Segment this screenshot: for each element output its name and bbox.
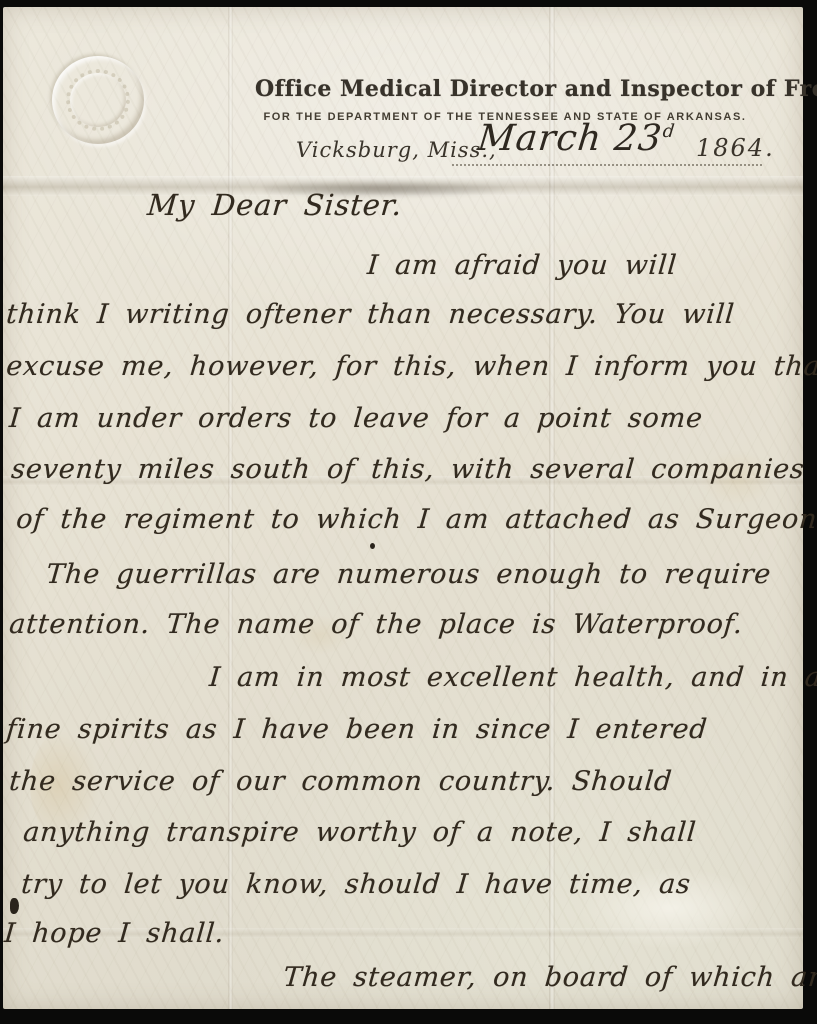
letter-line: The guerrillas are numerous enough to re… [45, 559, 773, 590]
letter-line: anything transpire worthy of a note, I s… [22, 817, 698, 848]
letter-line: of the regiment to which I am attached a… [15, 504, 817, 535]
embossed-seal-wreath [66, 69, 130, 131]
letter-line: I hope I shall. [3, 918, 226, 949]
scanned-letter-page: Office Medical Director and Inspector of… [0, 0, 817, 1024]
dateline-year-printed: 1864. [696, 134, 775, 162]
letter-line: the service of our common country. Shoul… [8, 766, 674, 797]
letter-line: excuse me, however, for this, when I inf… [5, 351, 817, 382]
salutation: My Dear Sister. [146, 188, 404, 222]
letter-line: fine spirits as I have been in since I e… [5, 714, 709, 745]
letter-line: I am in most excellent health, and in as [208, 662, 817, 693]
embossed-seal-icon [52, 56, 144, 144]
dateline-place-printed: Vicksburg, Miss., [296, 138, 497, 162]
letterhead-title: Office Medical Director and Inspector of… [255, 76, 785, 102]
dateline-date-text: March 23 [476, 118, 664, 159]
letter-line: think I writing oftener than necessary. … [5, 299, 736, 330]
dateline-date-handwritten: March 23d [476, 118, 677, 159]
letter-line: seventy miles south of this, with severa… [10, 454, 806, 485]
dateline-date-ordinal: d [662, 121, 677, 142]
letter-line: try to let you know, should I have time,… [20, 869, 692, 900]
letter-line: I am afraid you will [366, 250, 678, 281]
letter-line: The steamer, on board of which are [282, 962, 817, 993]
letter-line: attention. The name of the place is Wate… [8, 609, 744, 640]
letter-line: I am under orders to leave for a point s… [8, 403, 704, 434]
